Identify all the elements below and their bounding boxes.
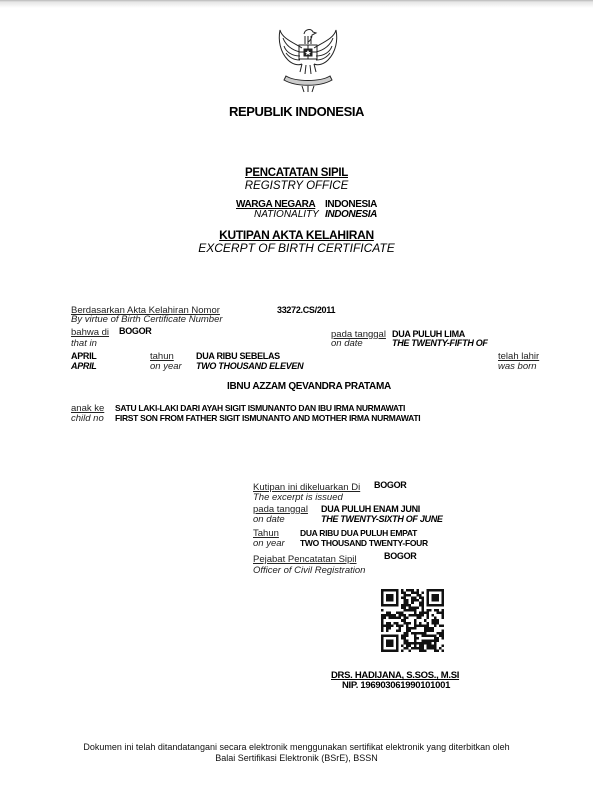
nationality-label-en: NATIONALITY [254, 209, 319, 220]
officer-place: BOGOR [384, 551, 417, 561]
year-label-en: on year [150, 361, 182, 372]
month-value-en: APRIL [71, 361, 97, 371]
issue-date-label-en: on date [253, 514, 285, 525]
child-no-value-en: FIRST SON FROM FATHER SIGIT ISMUNANTO AN… [115, 413, 420, 423]
qr-code-icon [381, 589, 444, 652]
issued-label-en: The excerpt is issued [253, 492, 343, 503]
year-value-en: TWO THOUSAND ELEVEN [196, 361, 303, 371]
issue-year-value-en: TWO THOUSAND TWENTY-FOUR [300, 538, 428, 548]
cert-number-value: 33272.CS/2011 [277, 305, 335, 315]
page-top-shadow [0, 0, 593, 8]
issue-year-value-id: DUA RIBU DUA PULUH EMPAT [300, 528, 417, 538]
garuda-emblem-icon [272, 24, 344, 94]
signatory-nip: NIP. 196903061990101001 [342, 680, 450, 691]
date-label-en: on date [331, 338, 363, 349]
office-title-en: REGISTRY OFFICE [0, 180, 593, 192]
issue-year-label-en: on year [253, 538, 285, 549]
child-no-label-en: child no [71, 413, 104, 424]
office-title-id: PENCATATAN SIPIL [0, 167, 593, 179]
issued-place: BOGOR [374, 480, 407, 490]
date-value-en: THE TWENTY-FIFTH OF [392, 338, 488, 348]
issue-date-value-en: THE TWENTY-SIXTH OF JUNE [321, 514, 443, 524]
child-name: IBNU AZZAM QEVANDRA PRATAMA [227, 381, 391, 392]
place-label-id: bahwa di [71, 327, 109, 338]
year-value-id: DUA RIBU SEBELAS [196, 351, 280, 361]
document-title-id: KUTIPAN AKTA KELAHIRAN [0, 228, 593, 242]
child-no-value-id: SATU LAKI-LAKI DARI AYAH SIGIT ISMUNANTO… [115, 403, 405, 413]
footer-line-1: Dokumen ini telah ditandatangani secara … [0, 742, 593, 752]
footer-line-2: Balai Sertifikasi Elektronik (BSrE), BSS… [0, 753, 593, 763]
officer-label-en: Officer of Civil Registration [253, 565, 365, 576]
officer-label-id: Pejabat Pencatatan Sipil [253, 554, 357, 565]
place-label-en: that in [71, 338, 97, 349]
cert-number-label-en: By virtue of Birth Certificate Number [71, 314, 223, 325]
month-value-id: APRIL [71, 351, 97, 361]
country-title: REPUBLIK INDONESIA [0, 104, 593, 119]
born-label-en: was born [498, 361, 537, 372]
nationality-value-en: INDONESIA [325, 209, 377, 220]
issue-date-value-id: DUA PULUH ENAM JUNI [321, 504, 420, 514]
place-value: BOGOR [119, 326, 152, 336]
document-title-en: EXCERPT OF BIRTH CERTIFICATE [0, 241, 593, 255]
